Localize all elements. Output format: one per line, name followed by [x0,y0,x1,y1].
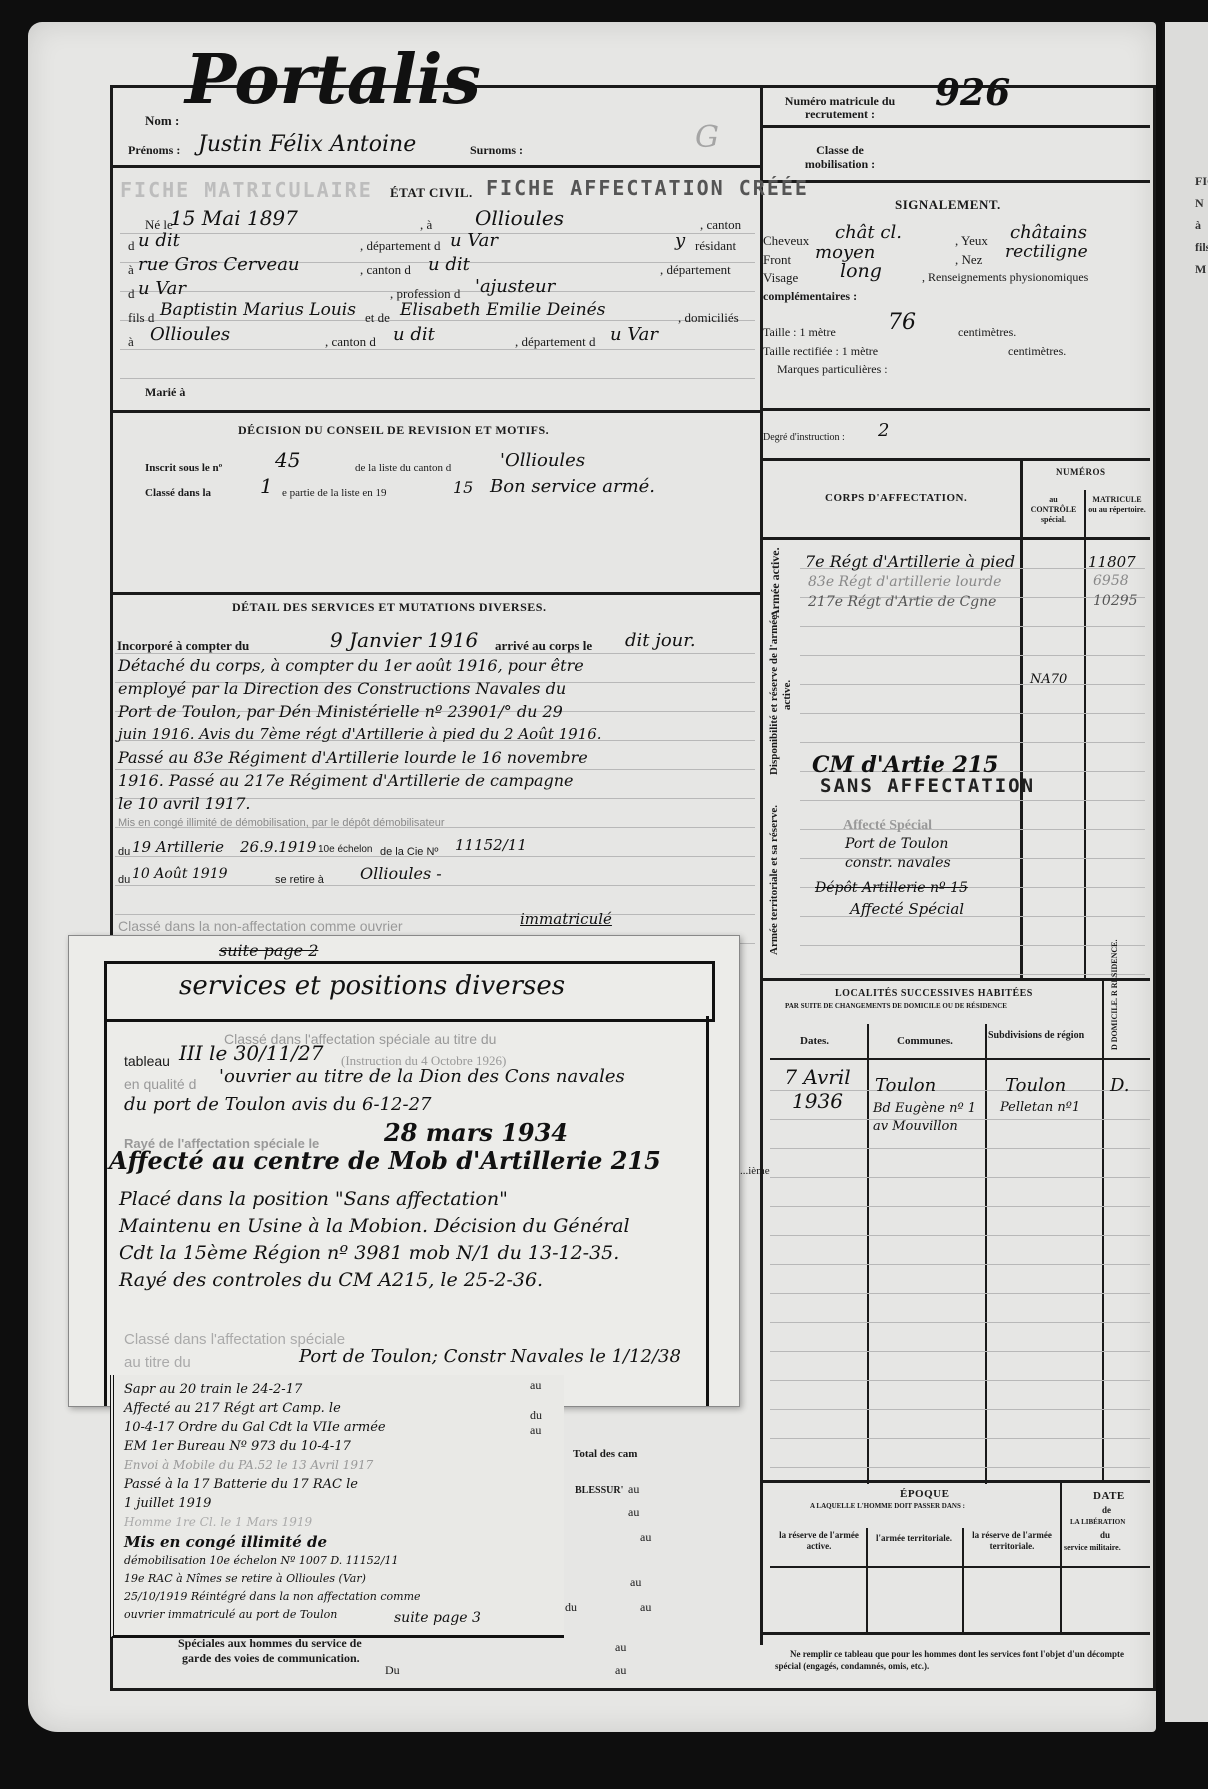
divider-epoque-header [770,1566,1150,1568]
corps-row: 83e Régt d'artillerie lourde [808,573,1001,591]
stamp-affecte-special: Affecté Spécial [843,818,932,834]
nez-value: rectiligne [1005,242,1088,262]
classe-label: Classe de mobilisation : [790,143,890,171]
controle-header: au CONTRÔLE spécial. [1026,495,1081,525]
departement-value: u Var [450,230,498,251]
depot-struck: Dépôt Artillerie nº 15 [815,880,968,896]
next-page-fragments: FICHE N à fils M [1195,170,1208,280]
stamp-fiche-matriculaire: FICHE MATRICULAIRE [120,178,373,202]
motif-value: Bon service armé. [490,476,655,497]
canton2-value: u dit [428,254,470,275]
campagne-au: au [640,1600,651,1615]
slip2-lines: Sapr au 20 train le 24-2-17 Affecté au 2… [124,1380,544,1624]
conge-du2-value: 10 Août 1919 [132,866,228,882]
numeros-title: NUMÉROS [1056,467,1106,477]
affecte-special-hw: Affecté Spécial [850,900,964,918]
campagne-au: au [628,1482,639,1497]
epoque-col2: l'armée territoriale. [870,1533,958,1544]
nez-label: , Nez [955,252,982,268]
departement2-label: , département [660,262,731,278]
tableau-label: tableau [124,1053,170,1069]
blessures-label: BLESSUR' [575,1485,623,1496]
divider-classe [760,180,1150,183]
canton3-value: u dit [393,324,435,345]
homme-line: Homme 1re Cl. le 1 Mars 1919 [124,1513,544,1532]
divider-name [110,165,760,168]
date-service: service militaire. [1064,1543,1121,1552]
campagne-au: au [615,1663,626,1678]
retire-value: Ollioules - [360,864,442,883]
services-line: juin 1916. Avis du 7ème régt d'Artilleri… [118,723,758,746]
ne-le-value: 15 Mai 1897 [170,206,298,230]
canton-label: , canton [700,217,741,233]
d3-value: u Var [138,278,186,299]
nom-value: Portalis [185,40,481,120]
epoque-col1: la réserve de l'armée active. [775,1530,863,1552]
services-line: Détaché du corps, à compter du 1er août … [118,654,758,677]
localite-commune-detail: Bd Eugène nº 1 av Mouvillon [873,1100,983,1136]
cheveux-value: chât cl. [835,222,902,243]
corps-row-matricule: 11807 [1088,553,1136,571]
corps-title: CORPS D'AFFECTATION. [825,492,967,504]
matricule-header: MATRICULE ou au répertoire. [1088,495,1146,515]
slip2-conge-line: démobilisation 10e échelon Nº 1007 D. 11… [124,1552,544,1570]
disponibilite-label: Disponibilité et réserve de l'armée acti… [768,610,794,780]
campagne-du: du [565,1600,577,1615]
slip-line: Cdt la 15ème Région nº 3981 mob N/1 du 1… [119,1240,699,1267]
next-page-fragment: à [1195,214,1208,236]
conge-date: 26.9.1919 [240,838,316,856]
localite-dr: D. [1110,1075,1130,1096]
etat-civil-title: ÉTAT CIVIL. [390,185,473,201]
slip-line: Maintenu en Usine à la Mobion. Décision … [119,1213,699,1240]
localite-commune: Toulon [875,1075,936,1096]
qualite-value-2: du port de Toulon avis du 6-12-27 [124,1094,431,1115]
localites-title: LOCALITÉS SUCCESSIVES HABITÉES [835,988,1033,999]
visage-label: Visage [763,270,798,286]
epoque-col3: la réserve de l'armée territoriale. [966,1530,1058,1552]
garde-label: garde des voies de communication. [182,1651,360,1666]
services-line: Port de Toulon, par Dén Ministérielle nº… [118,700,758,723]
divider-note [760,1632,1150,1635]
campagne-au: au [640,1530,651,1545]
epoque-title: ÉPOQUE [900,1488,949,1500]
conge-depot: 19 Artillerie [132,838,224,856]
conge-label: Mis en congé illimité de démobilisation,… [118,817,445,829]
slip2-line: Passé à la 17 Batterie du 17 RAC le [124,1475,544,1494]
slip2-conge-line: 25/10/1919 Réintégré dans la non affecta… [124,1588,544,1606]
qualite-label: en qualité d [124,1076,196,1092]
next-page-fragment: M [1195,258,1208,280]
surnoms-label: Surnoms : [470,143,523,158]
slip-lines: Placé dans la position "Sans affectation… [119,1186,699,1294]
date-title: DATE [1093,1490,1125,1502]
corps-row-matricule: 6958 [1093,573,1129,589]
marie-label: Marié à [145,385,185,400]
divider-localites-header [770,1058,1150,1060]
total-campagnes-label: Total des cam [573,1448,637,1460]
territoriale-label: Armée territoriale et sa réserve. [768,800,781,960]
campagne-au: au [628,1505,639,1520]
domicilies-label: , domiciliés [678,310,739,326]
d3-label: d [128,286,135,302]
complementaires-label: complémentaires : [763,289,857,304]
inscrit-value: 45 [275,448,300,472]
slip-line: Placé dans la position "Sans affectation… [119,1186,699,1213]
liste-label: de la liste du canton d [355,462,451,474]
a2-label: à [128,262,134,278]
services-line: 1916. Passé au 217e Régiment d'Artilleri… [118,769,758,792]
campagne-au: au [630,1575,641,1590]
slip2-conge-line: Mis en congé illimité de [124,1532,544,1552]
slip-line: Rayé des controles du CM A215, le 25-2-3… [119,1267,699,1294]
slip2-line: 10-4-17 Ordre du Gal Cdt la VIIe armée [124,1418,544,1437]
localite-subdivision-detail: Pelletan nº1 [1000,1100,1080,1115]
prenoms-value: Justin Félix Antoine [198,132,416,157]
corps-row-matricule: 10295 [1093,593,1138,609]
father-name: Baptistin Marius Louis [160,300,356,320]
slip2-line: 1 juillet 1919 [124,1494,544,1513]
qualite-value: 'ouvrier au titre de la Dion des Cons na… [219,1066,625,1087]
liste-value: 'Ollioules [500,450,585,471]
slip2-line: EM 1er Bureau Nº 973 du 10-4-17 [124,1437,544,1456]
campagne-du: du [530,1408,542,1423]
canton2-label: , canton d [360,262,411,278]
services-line: le 10 avril 1917. [118,792,758,815]
campagne-au: au [615,1640,626,1655]
profession-value: 'ajusteur [475,276,555,297]
canton3-label: , canton d [325,334,376,350]
d1-label: d [128,238,135,254]
divider-signalement [760,408,1150,411]
au-titre-value: Port de Toulon; Constr Navales le 1/12/3… [299,1346,681,1367]
arrive-value: dit jour. [625,630,696,651]
slip2-line: Envoi à Mobile du PA.52 le 13 Avril 1917 [124,1456,544,1475]
localite-date: 7 Avril 1936 [775,1065,860,1113]
margin-note: ...ième [740,1165,770,1177]
slip2-line: Affecté au 217 Régt art Camp. le [124,1399,544,1418]
prenoms-label: Prénoms : [128,143,180,158]
divider-epoque-date [1060,1482,1062,1632]
divider-decision [110,592,760,595]
arrive-label: arrivé au corps le [495,638,592,654]
campagne-au: au [530,1378,541,1393]
epoque-subtitle: A LAQUELLE L'HOMME DOIT PASSER DANS : [810,1502,965,1510]
a-value: Ollioules [475,206,564,230]
conge-cie-label: de la Cie Nº [380,846,438,858]
taille-value: 76 [888,310,916,335]
slip2-conge-line: ouvrier immatriculé au port de Toulon [124,1606,544,1624]
divider-degre [760,458,1150,461]
departement3-value: u Var [610,324,658,345]
corps-row: 217e Régt d'Artie de Cgne [808,593,996,611]
margin-mark: G [695,120,719,155]
conge-du-label: du [118,846,130,858]
col-subdivisions: Subdivisions de région [988,1030,1084,1041]
date-du: du [1100,1530,1110,1540]
au-titre-label: au titre du [124,1354,191,1371]
residant-label: résidant [695,238,736,254]
inscrit-label: Inscrit sous le nº [145,462,222,474]
stamp-sans-affectation: SANS AFFECTATION [820,775,1035,797]
divider-epoque-1 [866,1528,868,1632]
mother-name: Elisabeth Emilie Deinés [400,300,605,320]
conge-du2-label: du [118,874,130,886]
d1-value: u dit [138,230,180,251]
signalement-title: SIGNALEMENT. [895,197,1001,213]
col-dates: Dates. [800,1035,829,1047]
speciales-label: Spéciales aux hommes du service de [178,1636,362,1651]
campagne-Du: Du [385,1663,400,1678]
decision-title: DÉCISION DU CONSEIL DE REVISION ET MOTIF… [238,423,549,438]
immatricule-value: immatriculé [520,910,612,928]
partie-label: e partie de la liste en 19 [282,487,386,499]
departement3-label: , département d [515,334,596,350]
marques-label: Marques particulières : [777,362,888,377]
services-line: employé par la Direction des Constructio… [118,677,758,700]
centimetres-label: centimètres. [958,325,1016,340]
center-divider [760,85,763,1645]
date-liberation: LA LIBÉRATION [1070,1518,1125,1526]
next-page-fragment: FICHE [1195,170,1208,192]
classe-dans-label: Classé dans la [145,487,211,499]
renseignements-label: , Renseignements physionomiques [922,270,1088,285]
incorpore-label: Incorporé à compter du [117,638,249,654]
na-value: NA70 [1030,672,1067,687]
degre-value: 2 [878,420,889,441]
matricule-label: Numéro matricule du recrutement : [775,95,905,121]
tableau-value: III le 30/11/27 [179,1041,323,1065]
campagne-au: au [530,1423,541,1438]
constr-value: constr. navales [845,855,951,871]
classe-non-affect: Classé dans la non-affectation comme ouv… [118,918,403,934]
port-value: Port de Toulon [845,836,948,852]
epoque-note: Ne remplir ce tableau que pour les homme… [775,1648,1147,1672]
services-lines: Détaché du corps, à compter du 1er août … [118,654,758,815]
retire-label: se retire à [275,874,324,886]
pasted-slip-lower: Sapr au 20 train le 24-2-17 Affecté au 2… [110,1375,564,1638]
col-communes: Communes. [897,1035,953,1047]
slip2-line: Sapr au 20 train le 24-2-17 [124,1380,544,1399]
a3-value: Ollioules [150,324,230,345]
residant-prefix: y [675,230,685,251]
departement-label: , département d [360,238,441,254]
affecte-line: Affecté au centre de Mob d'Artillerie 21… [109,1146,661,1175]
centimetres2-label: centimètres. [1008,344,1066,359]
raye-value: 28 mars 1934 [384,1118,568,1147]
suite-page-3: suite page 3 [394,1610,481,1626]
classe-dans-value: 1 [260,474,273,498]
front-label: Front [763,252,791,268]
taille-rectifiee-label: Taille rectifiée : 1 mètre [763,344,878,359]
services-title: DÉTAIL DES SERVICES ET MUTATIONS DIVERSE… [232,600,546,615]
yeux-label: , Yeux [955,233,988,249]
a3-label: à [128,334,134,350]
matricule-value: 926 [935,72,1010,114]
col-dr: D DOMICILE. R RÉSIDENCE. [1110,980,1119,1050]
next-page-fragment: fils [1195,236,1208,258]
slip2-conge-line: 19e RAC à Nîmes se retire à Ollioules (V… [124,1570,544,1588]
divider-etat-civil [110,410,760,413]
date-de: de [1102,1505,1111,1515]
annee-value: 15 [453,478,473,497]
visage-value: long [840,260,882,282]
corps-row: 7e Régt d'Artillerie à pied [805,552,1015,572]
services-line: Passé au 83e Régiment d'Artillerie lourd… [118,746,758,769]
slip-right-border [706,1016,709,1406]
armee-active-label: Armée active. [768,548,783,618]
divider-matricule [760,125,1150,128]
incorpore-value: 9 Janvier 1916 [330,628,478,652]
next-page-fragment: N [1195,192,1208,214]
conge-echelon: 10e échelon [318,844,373,855]
taille-label: Taille : 1 mètre [763,325,836,340]
a-label: , à [420,217,432,233]
yeux-value: châtains [1010,222,1087,243]
pasted-slip: suite page 2 services et positions diver… [68,935,740,1407]
suite-page-2: suite page 2 [219,941,318,960]
slip-left-border [104,1016,107,1406]
et-de-label: et de [365,310,390,326]
cheveux-label: Cheveux [763,233,809,249]
divider-epoque [760,1480,1150,1483]
nom-label: Nom : [145,113,179,129]
a2-value: rue Gros Cerveau [138,254,300,275]
localites-subtitle: PAR SUITE DE CHANGEMENTS DE DOMICILE OU … [785,1002,1007,1010]
conge-cie-value: 11152/11 [455,836,527,854]
stamp-fiche-affectation: FICHE AFFECTATION CRÉÉE [486,176,809,200]
divider-epoque-2 [962,1528,964,1632]
degre-label: Degré d'instruction : [763,432,845,443]
localite-subdivision: Toulon [1005,1075,1066,1096]
slip-title: services et positions diverses [179,971,565,1001]
